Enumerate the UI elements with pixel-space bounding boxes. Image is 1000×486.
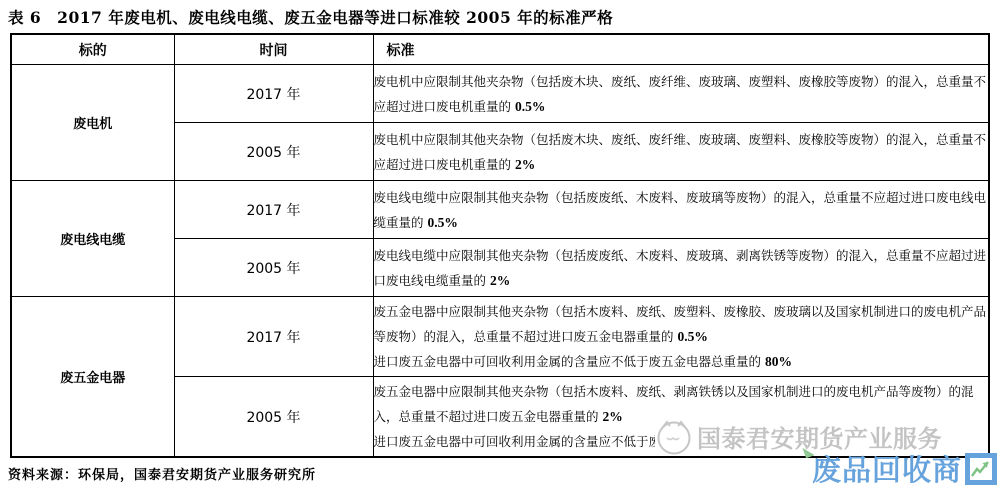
header-cell-time: 时间 bbox=[174, 34, 373, 65]
standard-line: 废电线电缆中应限制其他夹杂物（包括废废纸、木废料、废玻璃、剥离铁锈等废物）的混入… bbox=[374, 243, 989, 293]
percent-value: 2% bbox=[603, 409, 623, 424]
standard-text: 废电机中应限制其他夹杂物（包括废木块、废纸、废纤维、废玻璃、废塑料、废橡胶等废物… bbox=[374, 74, 987, 114]
subject-cell: 废电机 bbox=[11, 65, 174, 181]
standard-cell: 废电线电缆中应限制其他夹杂物（包括废废纸、木废料、废玻璃、剥离铁锈等废物）的混入… bbox=[373, 239, 989, 297]
table-row: 废电线电缆 2017 年 废电线电缆中应限制其他夹杂物（包括废废纸、木废料、废玻… bbox=[11, 181, 989, 239]
standards-table: 标的 时间 标准 废电机 2017 年 废电机中应限制其他夹杂物（包括废木块、废… bbox=[10, 33, 990, 458]
percent-value: 2% bbox=[490, 273, 510, 288]
percent-value: 0.5% bbox=[428, 215, 458, 230]
standard-cell: 废电线电缆中应限制其他夹杂物（包括废废纸、木废料、废玻璃等废物）的混入，总重量不… bbox=[373, 181, 989, 239]
standard-line: 废五金电器中应限制其他夹杂物（包括木废料、废纸、废塑料、废橡胶、废玻璃以及国家机… bbox=[374, 299, 989, 349]
standard-line: 进口废五金电器中可回收利用金属的含量应不低于废五金电器总重量的80% bbox=[374, 349, 989, 374]
trend-arrow-icon bbox=[970, 458, 992, 480]
header-cell-subject: 标的 bbox=[11, 34, 174, 65]
year-cell: 2017 年 bbox=[174, 181, 373, 239]
header-cell-standard: 标准 bbox=[373, 34, 989, 65]
source-note: 资料来源：环保局，国泰君安期货产业服务研究所 bbox=[8, 464, 316, 483]
site-watermark: 废品回收商 bbox=[812, 450, 997, 486]
year-cell: 2017 年 bbox=[174, 297, 373, 377]
standard-cell: 废五金电器中应限制其他夹杂物（包括木废料、废纸、废塑料、废橡胶、废玻璃以及国家机… bbox=[373, 297, 989, 377]
year-cell: 2005 年 bbox=[174, 377, 373, 458]
table-row: 废电机 2017 年 废电机中应限制其他夹杂物（包括废木块、废纸、废纤维、废玻璃… bbox=[11, 65, 989, 123]
table-row: 废五金电器 2017 年 废五金电器中应限制其他夹杂物（包括木废料、废纸、废塑料… bbox=[11, 297, 989, 377]
percent-value: 2% bbox=[515, 157, 535, 172]
percent-value: 0.5% bbox=[678, 329, 708, 344]
brand-logo-icon bbox=[655, 418, 693, 456]
percent-value: 0.5% bbox=[515, 99, 545, 114]
year-cell: 2017 年 bbox=[174, 65, 373, 123]
standard-text: 废电机中应限制其他夹杂物（包括废木块、废纸、废纤维、废玻璃、废塑料、废橡胶等废物… bbox=[374, 132, 987, 172]
standard-text: 进口废五金电器中可回收利用金属的含量应不低于废五金电器总重量的 bbox=[374, 354, 762, 369]
year-cell: 2005 年 bbox=[174, 239, 373, 297]
subject-cell: 废电线电缆 bbox=[11, 181, 174, 297]
standard-text: 废电线电缆中应限制其他夹杂物（包括废废纸、木废料、废玻璃等废物）的混入，总重量不… bbox=[374, 190, 987, 230]
page: 表 6 2017 年废电机、废电线电缆、废五金电器等进口标准较 2005 年的标… bbox=[0, 0, 1000, 486]
standard-text: 废电线电缆中应限制其他夹杂物（包括废废纸、木废料、废玻璃、剥离铁锈等废物）的混入… bbox=[374, 248, 987, 288]
percent-value: 80% bbox=[765, 354, 792, 369]
subject-cell: 废五金电器 bbox=[11, 297, 174, 458]
standard-cell: 废电机中应限制其他夹杂物（包括废木块、废纸、废纤维、废玻璃、废塑料、废橡胶等废物… bbox=[373, 65, 989, 123]
standard-line: 废电机中应限制其他夹杂物（包括废木块、废纸、废纤维、废玻璃、废塑料、废橡胶等废物… bbox=[374, 127, 989, 177]
standard-cell: 废电机中应限制其他夹杂物（包括废木块、废纸、废纤维、废玻璃、废塑料、废橡胶等废物… bbox=[373, 123, 989, 181]
site-watermark-text: 废品回收商 bbox=[812, 448, 962, 486]
table-header-row: 标的 时间 标准 bbox=[11, 34, 989, 65]
page-title: 表 6 2017 年废电机、废电线电缆、废五金电器等进口标准较 2005 年的标… bbox=[8, 6, 613, 28]
year-cell: 2005 年 bbox=[174, 123, 373, 181]
site-logo-box bbox=[965, 453, 997, 485]
standard-line: 废电机中应限制其他夹杂物（包括废木块、废纸、废纤维、废玻璃、废塑料、废橡胶等废物… bbox=[374, 69, 989, 119]
standard-line: 废电线电缆中应限制其他夹杂物（包括废废纸、木废料、废玻璃等废物）的混入，总重量不… bbox=[374, 185, 989, 235]
